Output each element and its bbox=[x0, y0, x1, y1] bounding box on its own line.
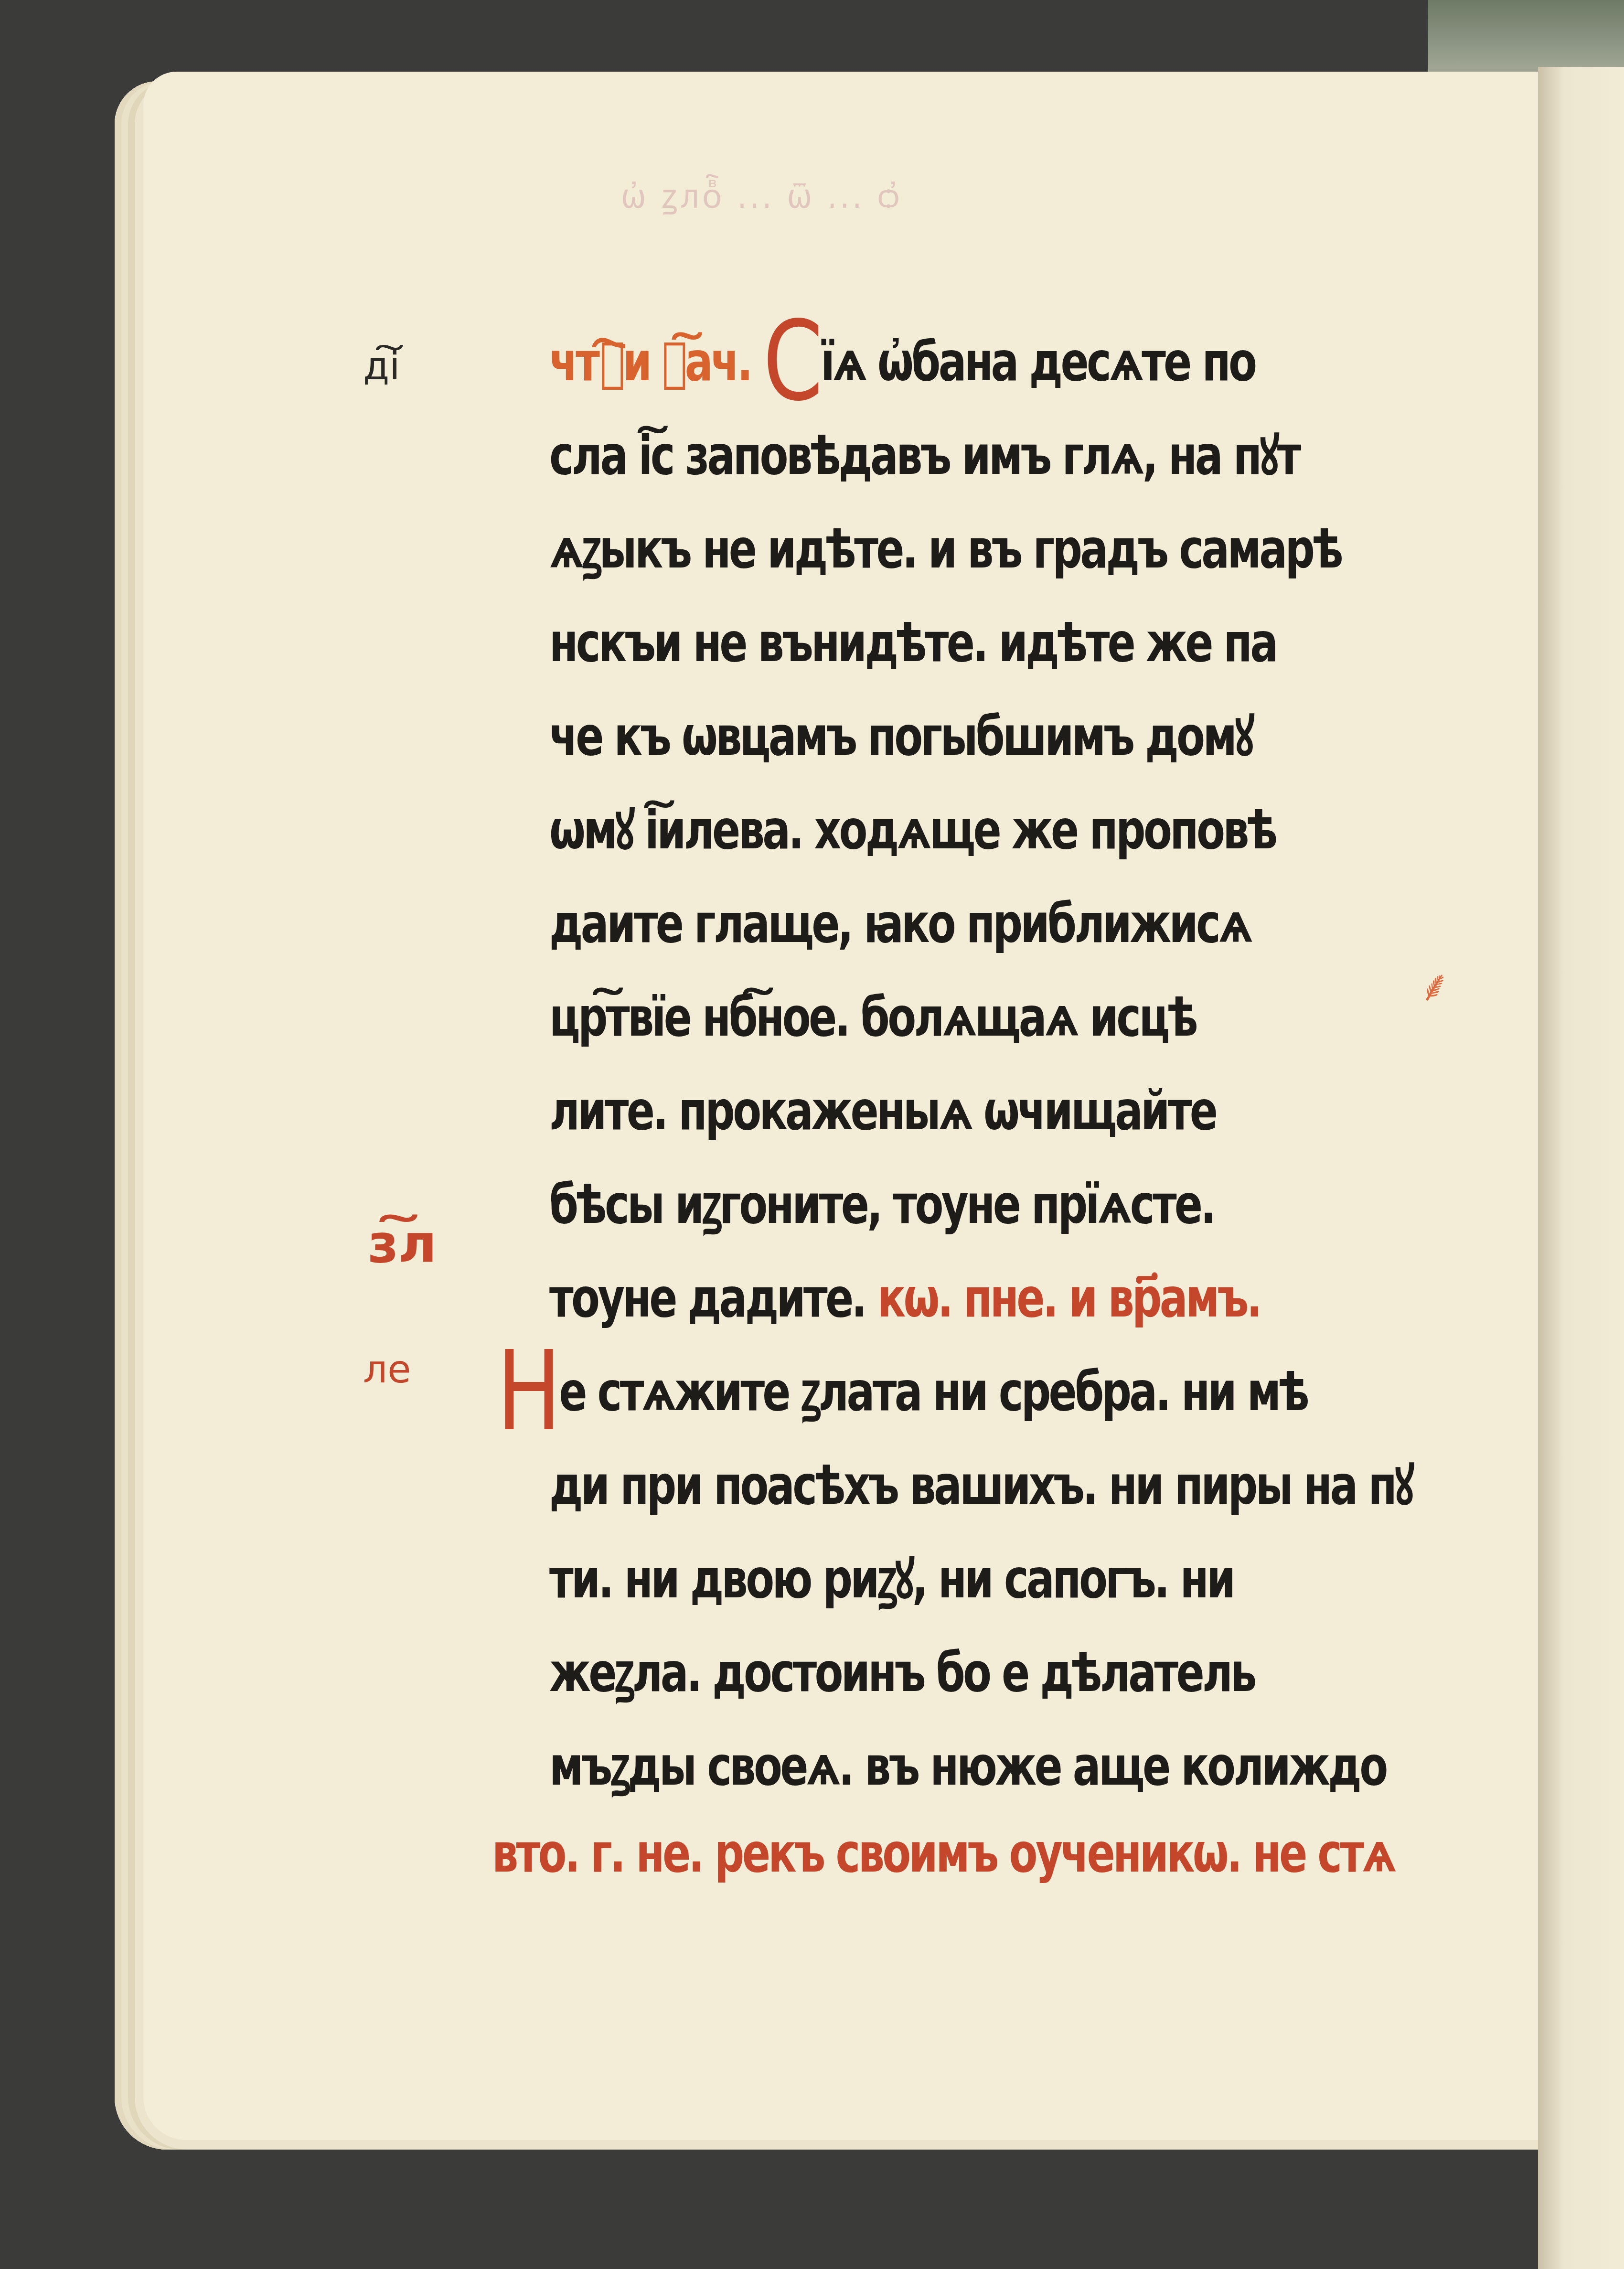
line-text: їѧ ѡ҆бана десѧте по bbox=[821, 331, 1255, 393]
line-text: ѡмꙋ і͠илева. ходѧще же проповѣ bbox=[549, 799, 1276, 861]
line-text: ѧꙁыкъ не идѣте. и въ градъ самарѣ bbox=[549, 518, 1341, 580]
text-line: жеꙁла. достоинъ бо е дѣлатель bbox=[549, 1626, 1239, 1720]
line-text: цр͠твїе нб͠ное. болѧщаѧ исцѣ bbox=[549, 986, 1196, 1049]
text-line: тоуне дадите. кѡ. пне. и вр҃амъ. bbox=[549, 1252, 1239, 1345]
line-text: тоуне дадите. bbox=[549, 1267, 877, 1329]
text-line: цр͠твїе нб͠ное. болѧщаѧ исцѣ bbox=[549, 971, 1239, 1064]
text-line: ди при поасѣхъ вашихъ. ни пиры на пꙋ bbox=[549, 1439, 1239, 1532]
line-text: жеꙁла. достоинъ бо е дѣлатель bbox=[549, 1642, 1255, 1704]
line-text: сла і͠с заповѣдавъ имъ глѧ, на пꙋт bbox=[549, 425, 1299, 487]
text-line: ти. ни двою риꙁꙋ, ни сапогъ. ни bbox=[549, 1532, 1239, 1626]
initial-letter: С bbox=[763, 298, 821, 426]
margin-reading-number: з͠л bbox=[368, 1213, 437, 1274]
book-edge-top bbox=[1428, 0, 1624, 72]
text-line: мъꙁды своеѧ. въ нюже аще колиждо bbox=[549, 1720, 1239, 1813]
line-text: че къ ѡвцамъ погыбшимъ домꙋ bbox=[549, 706, 1252, 768]
text-line: сла і͠с заповѣдавъ имъ глѧ, на пꙋт bbox=[549, 409, 1239, 503]
initial-letter: Н bbox=[497, 1328, 559, 1456]
text-line: даите глаще, ꙗко приближисѧ bbox=[549, 877, 1239, 971]
text-line: лите. прокаженыѧ ѡчищайте bbox=[549, 1064, 1239, 1158]
manuscript-text-block: чтⷭ҇и ꙁ͠ач. Сїѧ ѡ҆бана десѧте по сла і͠с… bbox=[549, 315, 1433, 1813]
line-text: мъꙁды своеѧ. въ нюже аще колиждо bbox=[549, 1735, 1386, 1798]
text-line: нскъи не вънидѣте. идѣте же па bbox=[549, 596, 1239, 690]
text-line: бѣсы иꙁгоните, тоуне прїѧсте. bbox=[549, 1158, 1239, 1252]
line-text: лите. прокаженыѧ ѡчищайте bbox=[549, 1080, 1216, 1142]
bottom-rubric: вто. г. не. рекъ своимъ оученикѡ. не стѧ bbox=[492, 1806, 1394, 1901]
rubric-tail: кѡ. пне. и вр҃амъ. bbox=[877, 1267, 1260, 1329]
line-text: ти. ни двою риꙁꙋ, ни сапогъ. ни bbox=[549, 1548, 1234, 1610]
text-line: чтⷭ҇и ꙁ͠ач. Сїѧ ѡ҆бана десѧте по bbox=[549, 315, 1239, 409]
text-line: ѧꙁыкъ не идѣте. и въ градъ самарѣ bbox=[549, 503, 1239, 596]
rubric-heading: чтⷭ҇и ꙁ͠ач. bbox=[549, 331, 763, 393]
margin-reading-label: ле bbox=[363, 1347, 411, 1391]
line-text: бѣсы иꙁгоните, тоуне прїѧсте. bbox=[549, 1174, 1214, 1236]
margin-note-top-left: д͠і bbox=[363, 344, 400, 388]
bleed-through-text: ѡ҆ ꙁлоⷡ҇ ... ѿ ... ѻ҆ bbox=[621, 172, 1409, 229]
text-line: ѡмꙋ і͠илева. ходѧще же проповѣ bbox=[549, 783, 1239, 877]
line-text: е стѧжите ꙁлата ни сребра. ни мѣ bbox=[559, 1361, 1307, 1423]
line-text: ди при поасѣхъ вашихъ. ни пиры на пꙋ bbox=[549, 1455, 1412, 1517]
line-text: даите глаще, ꙗко приближисѧ bbox=[549, 893, 1251, 955]
text-line: че къ ѡвцамъ погыбшимъ домꙋ bbox=[549, 690, 1239, 783]
line-text: нскъи не вънидѣте. идѣте же па bbox=[549, 612, 1276, 674]
text-line: Не стѧжите ꙁлата ни сребра. ни мѣ bbox=[497, 1345, 1227, 1439]
facing-page-gutter bbox=[1538, 67, 1624, 2269]
